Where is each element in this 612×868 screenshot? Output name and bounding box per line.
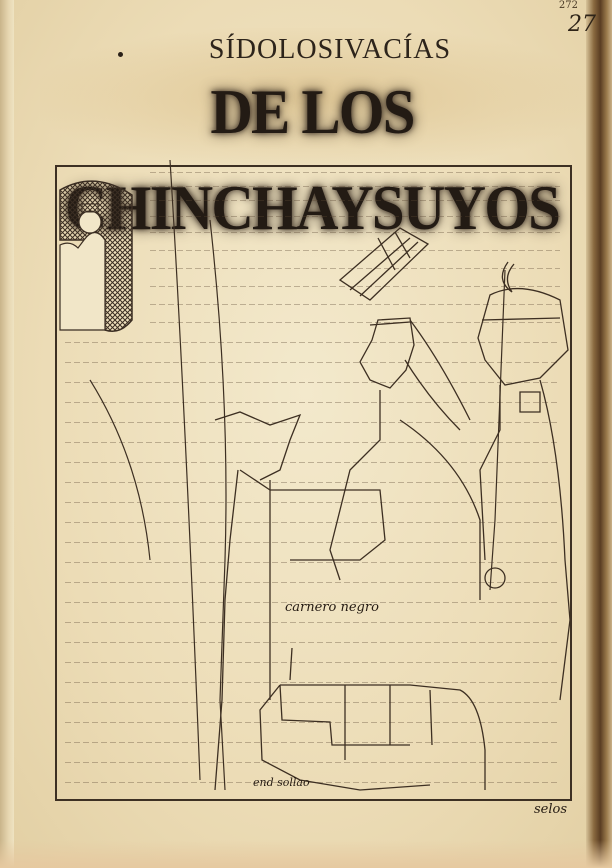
caption-selos: selos	[534, 802, 567, 817]
figure-2-crescent-icon	[478, 262, 570, 700]
figure-1-icon	[330, 318, 480, 600]
manuscript-page: 272 27 SÍDOLOSIVACÍAS DE LOS CHINCHAYSUY…	[0, 0, 612, 868]
staff-icon	[490, 270, 505, 590]
woven-crown-icon	[340, 228, 428, 300]
caption-end-sollao: end sollao	[253, 776, 310, 789]
caption-carnero-negro: carnero negro	[285, 600, 379, 615]
staff-ring-icon	[485, 568, 505, 588]
illustration-drawing	[0, 0, 612, 868]
idol-niche-icon	[60, 181, 132, 331]
reclining-animal-icon	[260, 648, 485, 790]
